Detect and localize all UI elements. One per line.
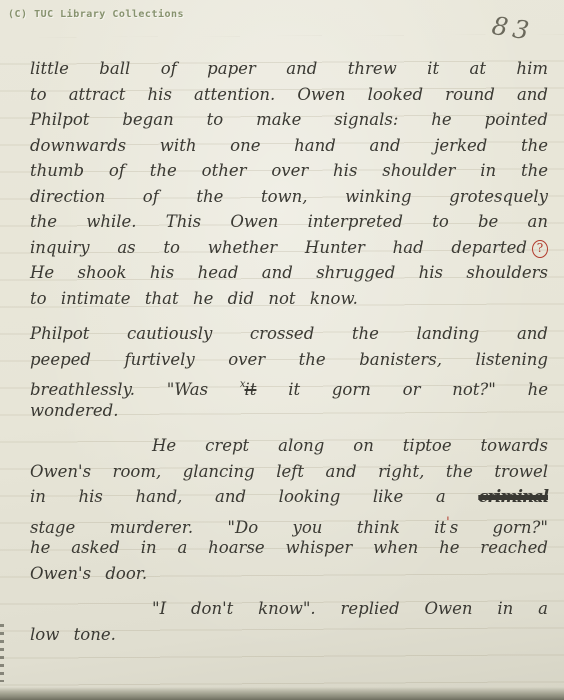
text-segment: direction of the town, winking grotesque…	[30, 187, 548, 206]
manuscript-line: low tone.	[30, 622, 548, 648]
manuscript-line: he asked in a hoarse whisper when he rea…	[30, 535, 548, 561]
text-segment: to intimate that he did not know.	[30, 289, 358, 308]
text-segment: he asked in a hoarse whisper when he rea…	[30, 538, 548, 557]
manuscript-line: to attract his attention. Owen looked ro…	[30, 82, 548, 108]
text-segment: inquiry as to whether Hunter had departe…	[30, 238, 527, 257]
paper-edge-marks	[0, 624, 4, 682]
text-segment: wondered.	[30, 401, 118, 420]
paragraph: Philpot cautiously crossed the landing a…	[30, 321, 548, 423]
manuscript-line: wondered.	[30, 398, 548, 424]
text-segment: "I don't know". replied Owen in a	[152, 599, 548, 618]
manuscript-text: little ball of paper and threw it at him…	[30, 56, 548, 657]
text-segment: He crept along on tiptoe towards	[152, 436, 548, 455]
text-segment: thumb of the other over his shoulder in …	[30, 161, 548, 180]
manuscript-line: to intimate that he did not know.	[30, 286, 548, 312]
manuscript-line: inquiry as to whether Hunter had departe…	[30, 235, 548, 261]
manuscript-line: Owen's room, glancing left and right, th…	[30, 459, 548, 485]
text-segment: little ball of paper and threw it at him	[30, 59, 548, 78]
text-segment: breathlessly. "Was	[30, 380, 240, 399]
manuscript-line: breathlessly. "Was xit it gorn or not?" …	[30, 372, 548, 398]
text-segment: it gorn or not?" he	[256, 380, 548, 399]
text-segment: stage murderer. "Do you think it	[30, 518, 446, 537]
proofing-mark-circled-question: ?	[532, 240, 548, 258]
manuscript-line: Philpot began to make signals: he pointe…	[30, 107, 548, 133]
text-segment: downwards with one hand and jerked the	[30, 136, 548, 155]
manuscript-page: (C) TUC Library Collections 83 little ba…	[0, 0, 564, 700]
paper-bottom-edge	[0, 687, 564, 700]
manuscript-line: Philpot cautiously crossed the landing a…	[30, 321, 548, 347]
text-segment: Owen's door.	[30, 564, 147, 583]
library-watermark: (C) TUC Library Collections	[8, 9, 184, 20]
manuscript-line: "I don't know". replied Owen in a	[30, 596, 548, 622]
text-segment: to attract his attention. Owen looked ro…	[30, 85, 548, 104]
paragraph: "I don't know". replied Owen in alow ton…	[30, 596, 548, 647]
paragraph: little ball of paper and threw it at him…	[30, 56, 548, 311]
manuscript-line: direction of the town, winking grotesque…	[30, 184, 548, 210]
text-segment: He shook his head and shrugged his shoul…	[30, 263, 548, 282]
text-segment: in his hand, and looking like a	[30, 487, 478, 506]
manuscript-line: the while. This Owen interpreted to be a…	[30, 209, 548, 235]
text-segment: peeped furtively over the banisters, lis…	[30, 350, 548, 369]
manuscript-line: downwards with one hand and jerked the	[30, 133, 548, 159]
scribbled-out-word: criminal	[478, 487, 548, 506]
text-segment: s gorn?"	[450, 518, 548, 537]
text-segment: Philpot began to make signals: he pointe…	[30, 110, 548, 129]
text-segment: low tone.	[30, 625, 116, 644]
text-segment: Owen's room, glancing left and right, th…	[30, 462, 548, 481]
text-segment: Philpot cautiously crossed the landing a…	[30, 324, 548, 343]
struck-word: it	[245, 380, 257, 399]
manuscript-line: little ball of paper and threw it at him	[30, 56, 548, 82]
manuscript-line: peeped furtively over the banisters, lis…	[30, 347, 548, 373]
text-segment: the while. This Owen interpreted to be a…	[30, 212, 548, 231]
paragraph: He crept along on tiptoe towardsOwen's r…	[30, 433, 548, 586]
manuscript-line: He crept along on tiptoe towards	[30, 433, 548, 459]
manuscript-line: He shook his head and shrugged his shoul…	[30, 260, 548, 286]
manuscript-line: Owen's door.	[30, 561, 548, 587]
manuscript-line: thumb of the other over his shoulder in …	[30, 158, 548, 184]
manuscript-line: stage murderer. "Do you think it's gorn?…	[30, 510, 548, 536]
manuscript-line: in his hand, and looking like a criminal	[30, 484, 548, 510]
page-number: 83	[490, 11, 536, 46]
